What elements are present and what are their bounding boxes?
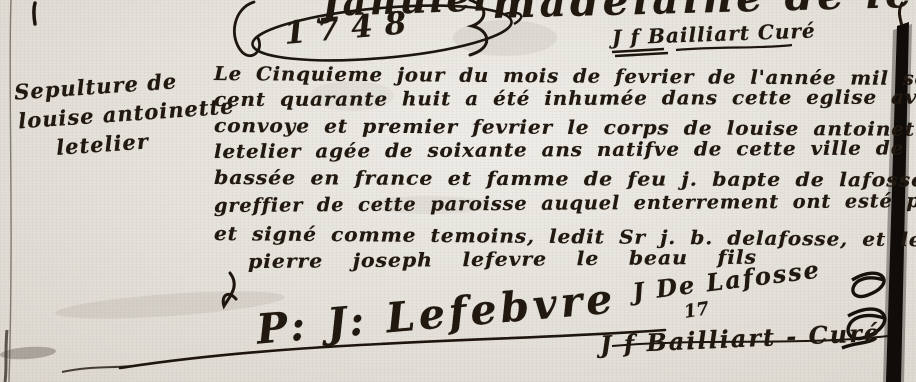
scanned-register-page: Januier madelaine de le roy 1748 J f Bai… bbox=[0, 0, 916, 382]
register-entry-line: letelier agée de soixante ans natifve de… bbox=[214, 137, 916, 163]
signature-underline-tail bbox=[62, 366, 132, 372]
signature-lefebvre: P: J: Lefebvre bbox=[255, 274, 619, 353]
ink-smudge bbox=[0, 345, 56, 361]
register-entry-line: bassée en france et famme de feu j. bapt… bbox=[214, 167, 916, 191]
ink-squiggle bbox=[223, 273, 236, 306]
ink-dash bbox=[34, 3, 35, 24]
double-underline bbox=[612, 49, 668, 56]
margin-note: Sepulture de louise antoinette letelier bbox=[13, 63, 235, 165]
page-fold-line-dark bbox=[5, 330, 7, 382]
paraph-loop bbox=[852, 273, 884, 296]
curate-signature-bottom: J f Bailliart - Curé bbox=[600, 318, 882, 359]
signature-number: 17 bbox=[683, 298, 711, 323]
register-entry-line: pierre joseph lefevre le beau fils bbox=[248, 247, 757, 273]
page-fold-line bbox=[9, 0, 11, 382]
year-annotation: 1748 bbox=[283, 4, 420, 52]
curl-flourish bbox=[234, 2, 259, 56]
bleedthrough-smudge bbox=[55, 286, 286, 324]
register-entry-line: cent quarante huit a été inhumée dans ce… bbox=[214, 86, 916, 111]
register-entry-line: greffier de cette paroisse auquel enterr… bbox=[214, 190, 916, 217]
